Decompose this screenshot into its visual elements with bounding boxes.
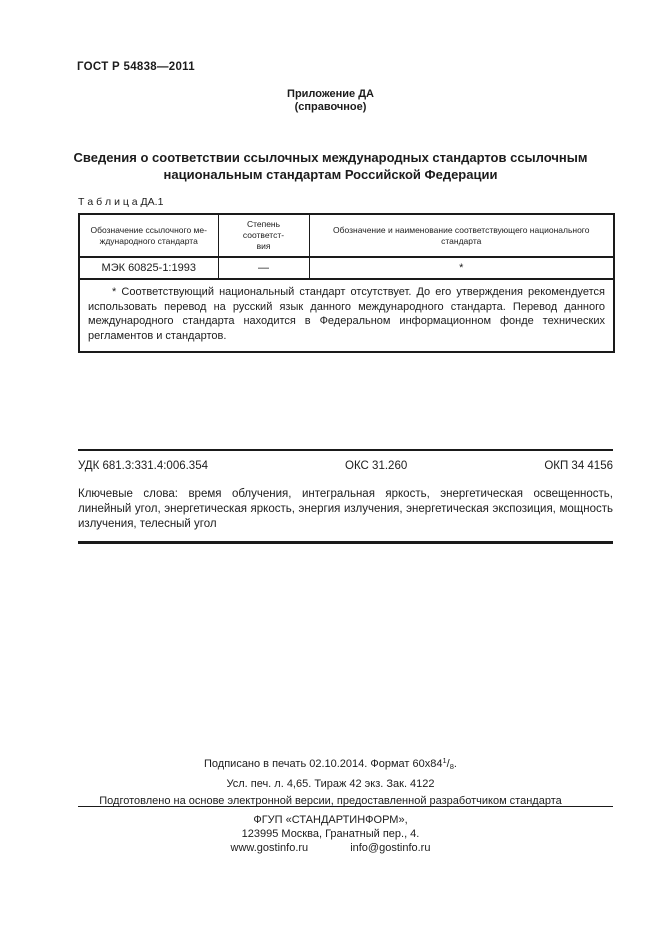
table-header: Обозначение ссылочного ме- ждународного … <box>79 214 614 257</box>
divider-above-publisher <box>78 806 613 807</box>
doc-number: ГОСТ Р 54838—2011 <box>77 61 195 73</box>
oks-code: ОКС 31.260 <box>208 460 544 472</box>
annex-block: Приложение ДА (справочное) <box>0 88 661 114</box>
cell-national: * <box>309 257 614 279</box>
column-header-reference-standard: Обозначение ссылочного ме- ждународного … <box>79 214 218 257</box>
cell-degree: — <box>218 257 309 279</box>
column-header-national-standard: Обозначение и наименование соответствующ… <box>309 214 614 257</box>
document-page: ГОСТ Р 54838—2011 Приложение ДА (справоч… <box>0 0 661 935</box>
table-label: Т а б л и ц а ДА.1 <box>78 196 163 208</box>
publisher-address: 123995 Москва, Гранатный пер., 4. <box>0 827 661 841</box>
table-footnote-row: * Соответствующий национальный стандарт … <box>79 279 614 352</box>
imprint-block: Подписано в печать 02.10.2014. Формат 60… <box>0 752 661 811</box>
publisher-contacts: www.gostinfo.ru info@gostinfo.ru <box>0 841 661 855</box>
correspondence-table: Обозначение ссылочного ме- ждународного … <box>78 213 615 353</box>
keywords-paragraph: Ключевые слова: время облучения, интегра… <box>78 487 613 532</box>
imprint-line-1: Подписано в печать 02.10.2014. Формат 60… <box>0 752 661 776</box>
annex-title: Приложение ДА <box>0 88 661 101</box>
column-header-degree: Степень соответст- вия <box>218 214 309 257</box>
table-footnote: * Соответствующий национальный стандарт … <box>88 285 605 343</box>
imprint-line-2: Усл. печ. л. 4,65. Тираж 42 экз. Зак. 41… <box>0 776 661 794</box>
divider-above-codes <box>78 449 613 451</box>
table-header-row: Обозначение ссылочного ме- ждународного … <box>79 214 614 257</box>
page-title: Сведения о соответствии ссылочных междун… <box>50 150 611 183</box>
codes-row: УДК 681.3:331.4:006.354 ОКС 31.260 ОКП 3… <box>78 460 613 472</box>
publisher-block: ФГУП «СТАНДАРТИНФОРМ», 123995 Москва, Гр… <box>0 813 661 855</box>
publisher-email: info@gostinfo.ru <box>350 841 430 855</box>
cell-standard: МЭК 60825-1:1993 <box>79 257 218 279</box>
publisher-website: www.gostinfo.ru <box>231 841 309 855</box>
imprint-line-3: Подготовлено на основе электронной верси… <box>0 793 661 811</box>
table-footnote-cell: * Соответствующий национальный стандарт … <box>79 279 614 352</box>
publisher-name: ФГУП «СТАНДАРТИНФОРМ», <box>0 813 661 827</box>
table-row: МЭК 60825-1:1993 — * <box>79 257 614 279</box>
okp-code: ОКП 34 4156 <box>544 460 613 472</box>
annex-subtitle: (справочное) <box>0 101 661 114</box>
imprint-line-1-text: Подписано в печать 02.10.2014. Формат 60… <box>204 758 442 770</box>
udk-code: УДК 681.3:331.4:006.354 <box>78 460 208 472</box>
divider-thick <box>78 541 613 544</box>
imprint-line-1-period: . <box>454 758 457 770</box>
